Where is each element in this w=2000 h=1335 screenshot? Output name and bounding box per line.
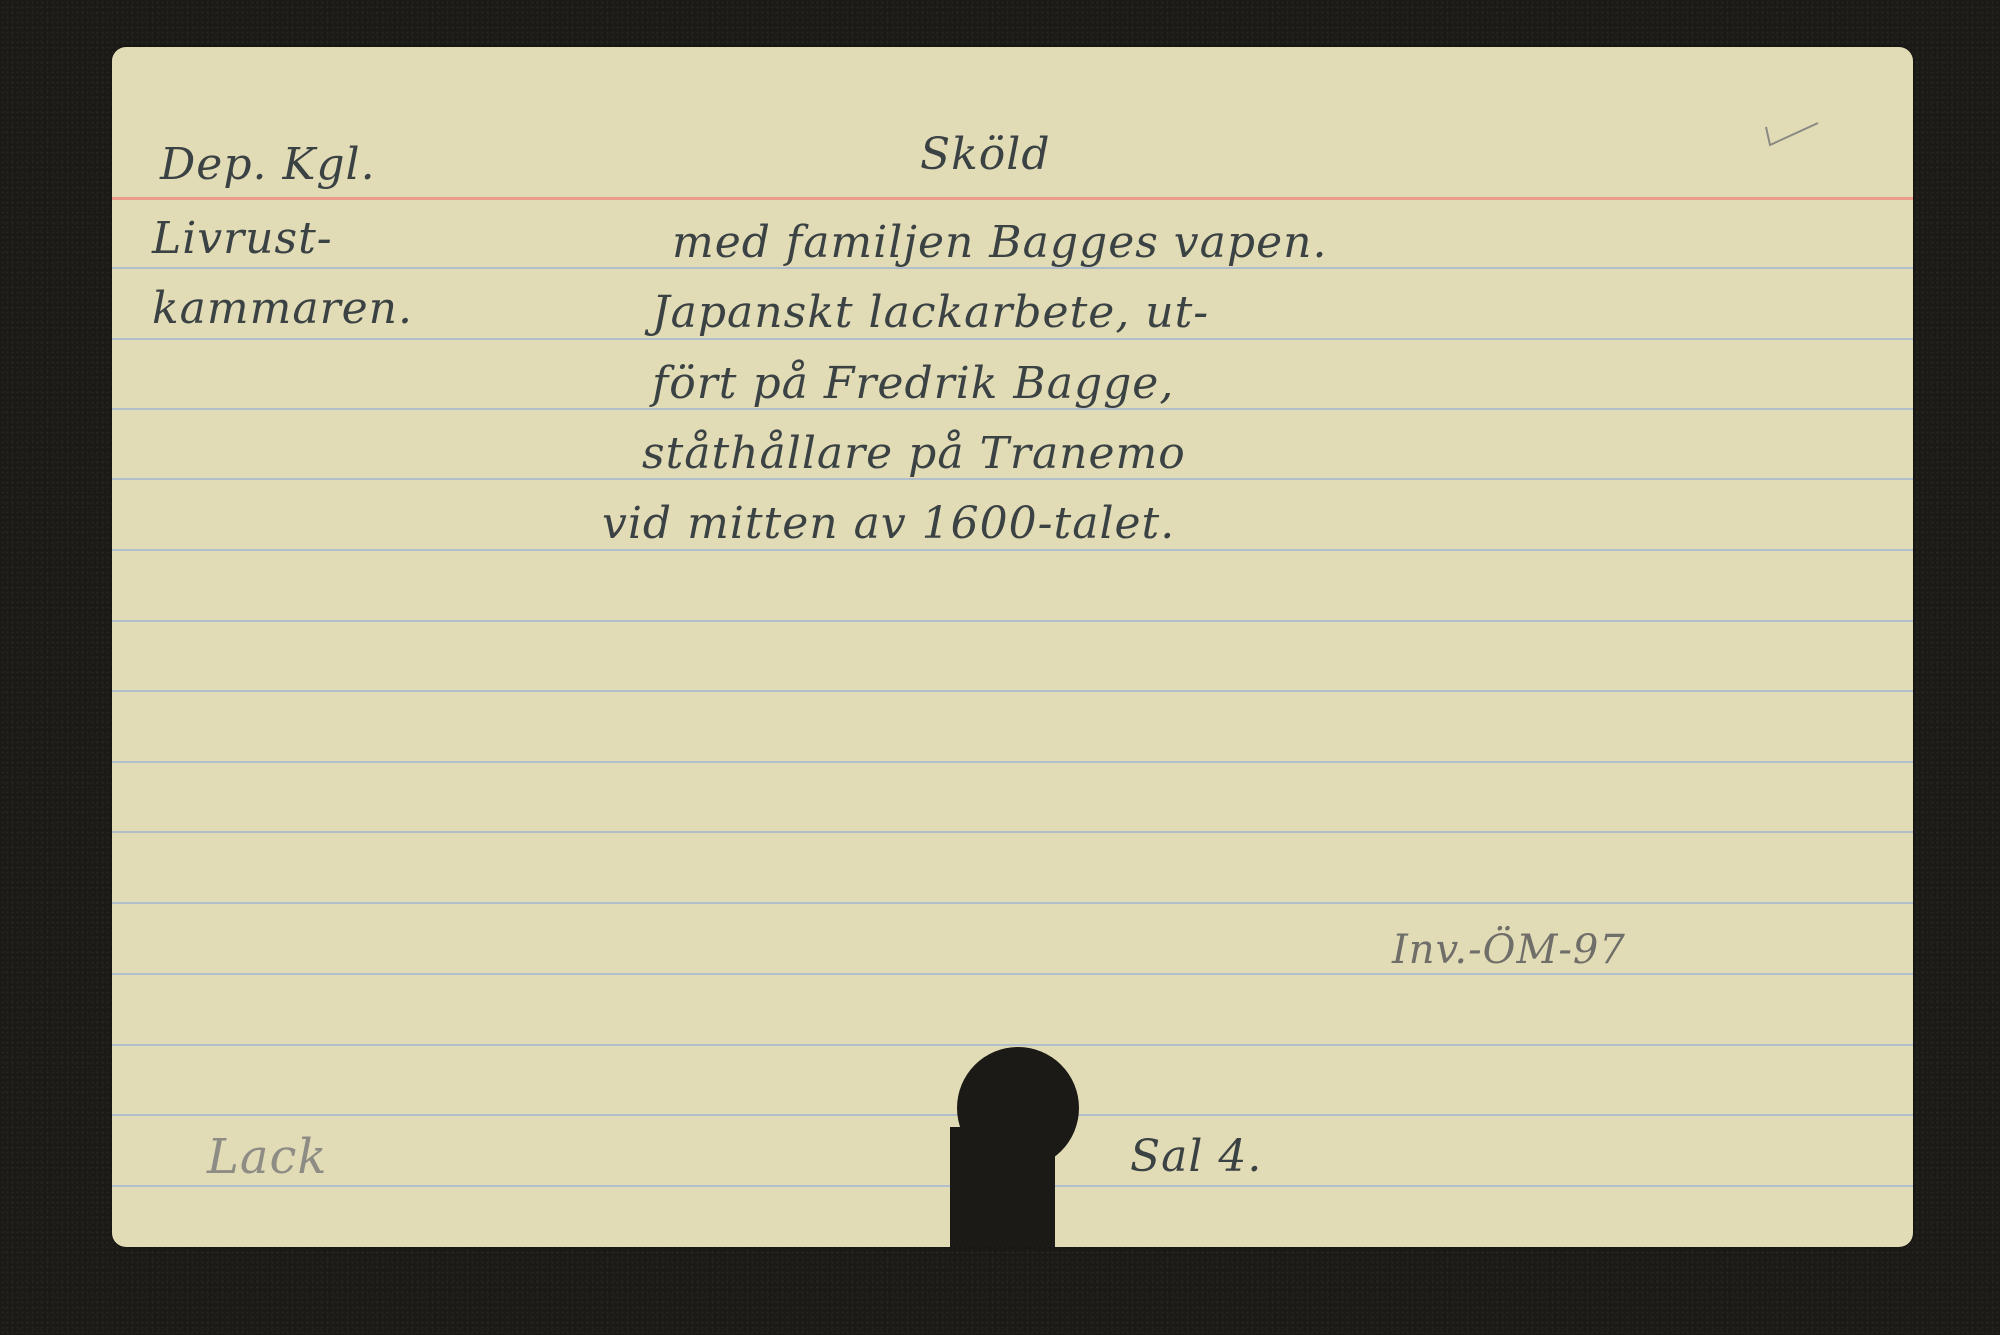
inventory-number: Inv.-ÖM-97 (1392, 927, 1626, 973)
description-line: fört på Fredrik Bagge, (652, 358, 1174, 409)
ruled-line (112, 761, 1913, 763)
location-line: Livrust- (152, 213, 333, 264)
ruled-line (112, 1044, 1913, 1046)
description-line: vid mitten av 1600-talet. (602, 498, 1175, 549)
header-rule (112, 197, 1913, 200)
ruled-line (112, 338, 1913, 340)
ruled-line (112, 620, 1913, 622)
description-line: med familjen Bagges vapen. (672, 217, 1327, 268)
location-line: kammaren. (152, 283, 413, 334)
ruled-line (112, 831, 1913, 833)
ruled-line (112, 973, 1913, 975)
keyhole-notch-stem (950, 1127, 1055, 1247)
ruled-line (112, 902, 1913, 904)
ruled-line (112, 549, 1913, 551)
index-card: Dep. Kgl. Livrust- kammaren. Sköld med f… (112, 47, 1913, 1247)
check-mark-icon (1762, 119, 1822, 149)
description-line: ståthållare på Tranemo (642, 428, 1186, 479)
object-title: Sköld (920, 129, 1051, 180)
location-line: Dep. Kgl. (160, 139, 376, 190)
ruled-line (112, 690, 1913, 692)
material-label: Lack (207, 1129, 327, 1185)
room-label: Sal 4. (1130, 1131, 1262, 1182)
description-line: Japanskt lackarbete, ut- (652, 287, 1209, 338)
